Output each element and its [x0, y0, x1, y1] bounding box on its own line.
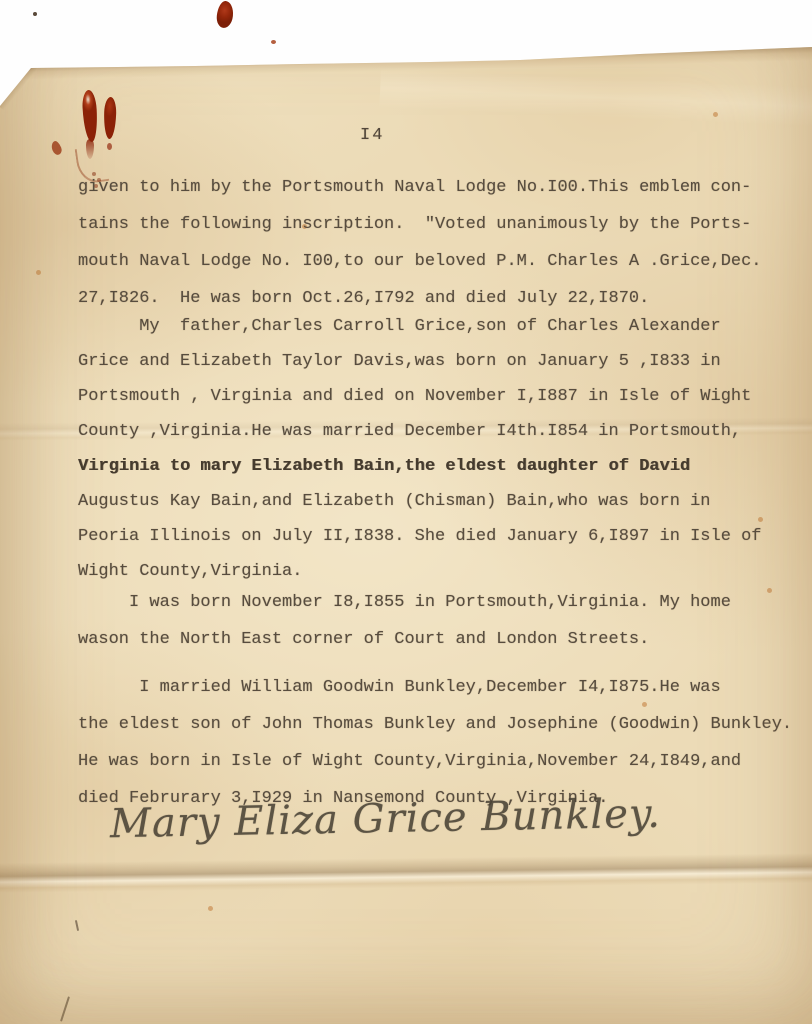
crease-bottom — [0, 853, 812, 893]
scanned-document: I4 given to him by the Portsmouth Naval … — [0, 0, 812, 1024]
text-line: Peoria Illinois on July II,I838. She die… — [78, 519, 762, 554]
fiber-mark — [75, 920, 79, 931]
ink-blot-top — [216, 0, 235, 29]
foxing-spot — [713, 112, 718, 117]
paper-top-edge — [18, 46, 812, 80]
text-line: Portsmouth , Virginia and died on Novemb… — [78, 379, 762, 414]
ink-speck-red — [271, 40, 276, 44]
fiber-mark — [60, 996, 70, 1021]
ink-drip-1 — [82, 90, 99, 143]
paragraph-1: given to him by the Portsmouth Naval Lod… — [78, 169, 762, 317]
text-line: wason the North East corner of Court and… — [78, 621, 731, 658]
text-line: Augustus Kay Bain,and Elizabeth (Chisman… — [78, 484, 762, 519]
paper-clipped-corner-edge — [0, 59, 40, 110]
crease-diagonal — [379, 68, 812, 128]
text-line: mouth Naval Lodge No. I00,to our beloved… — [78, 243, 762, 280]
foxing-spot — [767, 588, 772, 593]
paper-sheet: I4 given to him by the Portsmouth Naval … — [0, 0, 812, 1024]
ink-drip-2-dot — [107, 143, 112, 150]
paragraph-2: My father,Charles Carroll Grice,son of C… — [78, 309, 762, 589]
text-line: I married William Goodwin Bunkley,Decemb… — [78, 669, 792, 706]
text-line: I was born November I8,I855 in Portsmout… — [78, 584, 731, 621]
text-line-overstruck: Virginia to mary Elizabeth Bain,the elde… — [78, 449, 762, 484]
ink-drip-1-tail — [86, 139, 94, 159]
signature: Mary Eliza Grice Bunkley. — [110, 791, 662, 848]
foxing-spot — [208, 906, 213, 911]
text-line: County ,Virginia.He was married December… — [78, 414, 762, 449]
text-line: the eldest son of John Thomas Bunkley an… — [78, 706, 792, 743]
ink-mark-left — [50, 140, 64, 156]
text-line: Grice and Elizabeth Taylor Davis,was bor… — [78, 344, 762, 379]
text-line: tains the following inscription. "Voted … — [78, 206, 762, 243]
foxing-spot — [36, 270, 41, 275]
ink-speck-dark — [33, 12, 37, 16]
text-line: My father,Charles Carroll Grice,son of C… — [78, 309, 762, 344]
paragraph-3: I was born November I8,I855 in Portsmout… — [78, 584, 731, 658]
page-number: I4 — [360, 126, 384, 145]
ink-drip-2 — [103, 97, 116, 139]
text-line: He was born in Isle of Wight County,Virg… — [78, 743, 792, 780]
text-line: given to him by the Portsmouth Naval Lod… — [78, 169, 762, 206]
